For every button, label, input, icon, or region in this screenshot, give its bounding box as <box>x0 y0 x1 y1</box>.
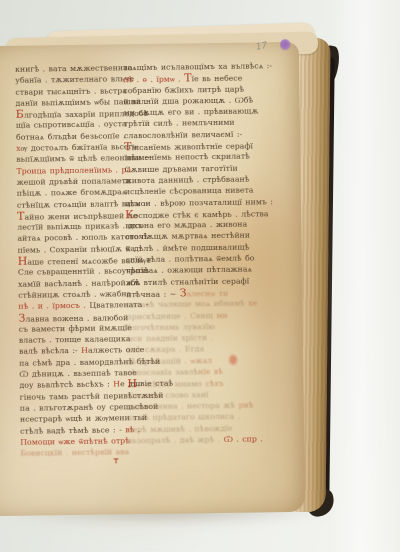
manuscript-line: силавѣ чалюще моѧ ибнимѣ хе <box>126 298 234 311</box>
body-text: Сжсѫде слово ханї <box>128 390 209 400</box>
body-text: спїй тѣла . полѣтнаѧ ѿемлѣ бо <box>126 254 255 265</box>
manuscript-line: вь вѣ прѣдатаго школиса . <box>128 411 236 424</box>
body-text: исцѣленїе сѣсрованица нивета <box>125 186 254 197</box>
rubric-text: Н <box>18 255 28 268</box>
body-text: живота данницѣ . стрѣбваанѣ <box>125 175 250 186</box>
rubric-text: Троица прѣдполенїимь . ра <box>16 165 131 176</box>
rubric-text: сѣхъ <box>202 379 224 388</box>
body-text: ѿ дѣлѣ . ймѣте подшивалищѣ <box>126 242 250 253</box>
body-text: стѣлѣ вадѣ тѣмѣ вьсе : - <box>20 425 125 435</box>
body-text: їе вь небесе <box>191 74 242 84</box>
rubric-text: пѣ . и . їрмосъ . <box>18 301 86 311</box>
body-text: сточїѫщѫ мѫртваѧ нестѣйни <box>125 231 250 242</box>
manuscript-line: вьзопралѣ . даѣ жрѣ . Ѿ . спр . <box>128 434 236 447</box>
body-text: книгѣ . вата мѫжественнаа <box>15 63 132 74</box>
body-text: силавѣ чалюще моѧ ибнимѣ <box>126 299 245 310</box>
body-text: щїа сьпротивсѧщїа . оуста <box>16 120 127 131</box>
body-text: прискѣднице . Свищ <box>126 311 213 321</box>
body-text: убанїа . тѫжителнаго вльче <box>15 74 134 85</box>
rubric-text: Ѿ . спр . <box>224 434 263 444</box>
body-text: тѣпославїа завлѣ <box>127 367 198 377</box>
body-text: птѣчнаа : ~ <box>126 289 180 299</box>
body-text: пїемь . Сохранїи пѣюцїѫ ка : <box>18 244 142 255</box>
rubric-text: нїе вѣ <box>198 367 223 376</box>
body-text: важестнина . нестора жѣ <box>128 401 235 411</box>
body-text: цѣмои . вѣрою позчаталищї нимъ : <box>125 197 273 208</box>
purple-stamp-icon <box>280 39 291 51</box>
manuscript-line: нсестрарѣ ѡщѣ и жѹмени тьй <box>20 412 128 425</box>
manuscript-line: пѣіцѫ . поѧже бгомѫдраѧ <box>17 187 125 200</box>
body-text: ми сѫщѫ его ви . прѣвивающѫ <box>124 107 259 118</box>
body-text: хамїй васѣланѣ . налѣройжѫ <box>18 278 140 289</box>
rubric-text: ми <box>213 310 228 319</box>
body-text: исѣ сѫкара . Егда <box>127 345 204 355</box>
text-column-right: тоѧщїмъ исълавощїмъ ха вълвѣсѧ :-пѣ . ѳ … <box>123 61 236 447</box>
body-text: вьзопралѣ . даѣ жрѣ . <box>128 435 224 445</box>
body-text: Ѿ дѣницѫ . вьзеппаѣ тавое <box>19 368 137 379</box>
rubric-text: Н <box>127 377 137 390</box>
body-text: чѣпїнаѧ . ожающи пѣтлажнаѧ <box>126 265 252 276</box>
manuscript-line: пѣ . ѳ . їрмѡ . Тїе вь небесе <box>123 72 231 85</box>
manuscript-photo: книгѣ . вата мѫжественнааубанїа . тѫжите… <box>0 0 400 552</box>
rubric-text: хе <box>245 299 258 308</box>
rubric-text: риѣ <box>235 400 253 409</box>
body-text: стѣйницѫ стоѧлѣ . ѡжабна : <box>18 289 137 300</box>
manuscript-line: птѣчнаа : ~ Залеснѡ ти <box>126 287 234 300</box>
body-text: ботнаѧ блъдѣи безьсопїе . <box>16 131 126 142</box>
rubric-text: Помощи ѡже ѿпѣтнѣ отрѣ <box>20 436 130 447</box>
body-text: собранїю бжїихъ литрѣ царѣ <box>123 84 244 95</box>
body-text: блгочѣтнамь лувазїю <box>127 322 215 332</box>
body-text: хѣ дражащїй . <box>127 356 190 366</box>
body-text: ѿ валнїй дша рожающѫ . Ѡбѣ <box>123 95 253 106</box>
body-text: лестїй вьпіѫщь приказѣ . дхъ <box>17 221 142 232</box>
manuscript-line: доу вьвлѣтсѣ вьсѣхъ : Не дшвіе стаѣ <box>19 379 127 392</box>
body-text: валѣ вѣсѣла :- <box>19 346 81 356</box>
rubric-text: Б <box>16 108 24 121</box>
rubric-text: К <box>125 208 134 221</box>
bottom-margin-mark-icon <box>113 456 119 464</box>
body-text: доу вьвлѣтсѣ вьсѣхъ : <box>19 380 113 390</box>
body-text: вь вѣ прѣдатаго школиса . <box>128 412 240 423</box>
body-text: жешой дръвѣй попаламети <box>17 176 132 187</box>
manuscript-line: убанїа . тѫжителнаго вльче <box>15 74 123 87</box>
manuscript-line: исцѣленїе сѣсрованица нивета <box>125 185 233 198</box>
manuscript-line: Не жѣспа мнимо сѣхъ <box>127 377 235 390</box>
rubric-text: ѡжал <box>190 356 212 365</box>
body-text: ѹ достоѧлъ бжїтанїа вьсегѡ <box>21 142 138 153</box>
body-text: трѣтїй силѣ . немлъчними <box>124 118 235 129</box>
body-text: Сѫвише дръвами таготїтїи <box>124 163 237 174</box>
backdrop <box>330 0 400 552</box>
body-text: власть . тонще калаещика <box>19 334 131 345</box>
body-text: терѣ мѫшивѣ . пѣвождїе <box>128 423 232 433</box>
body-text: знаменїемь непостѣ скрилатѣ <box>124 152 250 163</box>
body-text: ѧбѣ втилѣ стналѣнїтїи серафї <box>126 276 249 287</box>
body-text: ствари тысѧщнїтъ . вьстра <box>15 86 127 97</box>
body-text: славословлѣнїи величаємї :- <box>124 129 242 140</box>
rubric-text: алеснѡ ти <box>186 289 228 299</box>
manuscript-line: прискѣднице . Свищ ми <box>126 309 234 322</box>
body-text: съ вамести фѣрми ймѫщїе <box>19 323 132 334</box>
body-text: висона его мѫдраа . живона <box>125 220 247 231</box>
rubric-text: пѣ . ѳ . їрмѡ . <box>123 75 184 85</box>
body-text: їпсанїемь живопѣтнїе серафї <box>131 142 253 153</box>
manuscript-line: Бовисцкїй . нестѣрвїй ава <box>20 446 128 459</box>
body-text: пѣіцѫ . поѧже бгомѫдраѧ <box>17 188 127 199</box>
body-text: е жѣспа мнимо <box>137 380 202 390</box>
body-text: тоѧщїмъ исълавощїмъ ха вълвѣсѧ :- <box>123 61 272 72</box>
text-column-left: книгѣ . вата мѫжественнааубанїа . тѫжите… <box>15 62 129 459</box>
manuscript-page: книгѣ . вата мѫжественнааубанїа . тѫжите… <box>0 42 305 516</box>
body-text: мси павднїи хрїсти . <box>127 333 213 343</box>
manuscript-line: пѣ . и . їрмосъ . Цватвлената - <box>18 299 126 312</box>
